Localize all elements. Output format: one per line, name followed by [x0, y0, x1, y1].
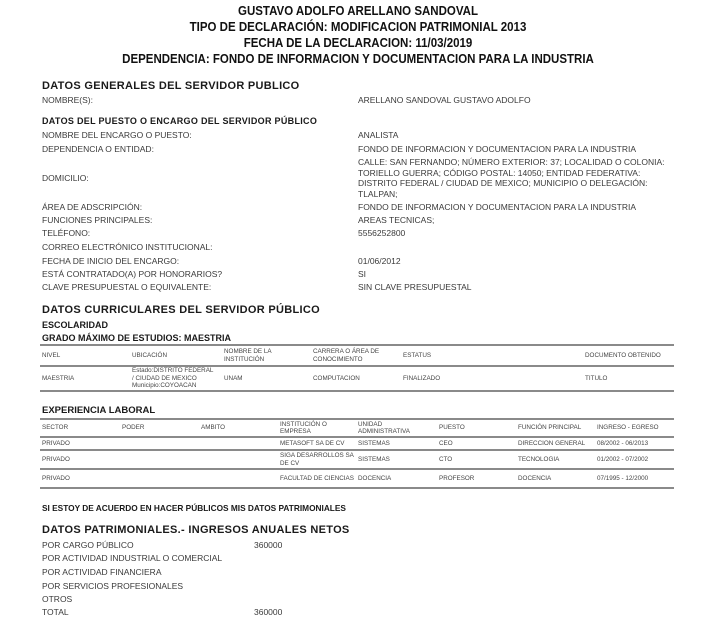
- declaration-date: FECHA DE LA DECLARACION: 11/03/2019: [29, 35, 688, 51]
- cell: [120, 450, 199, 469]
- cell: [120, 469, 199, 488]
- subsection-escolaridad: ESCOLARIDAD: [42, 320, 108, 330]
- field-correo: CORREO ELECTRÓNICO INSTITUCIONAL:: [42, 242, 682, 254]
- cell: 07/1995 - 12/2000: [595, 469, 674, 488]
- income-label: POR CARGO PÚBLICO: [42, 540, 134, 550]
- col-header: INGRESO - EGRESO: [595, 419, 674, 437]
- col-header: DOCUMENTO OBTENIDO: [583, 345, 674, 366]
- col-header: NOMBRE DE LA INSTITUCIÓN: [222, 345, 311, 366]
- col-header: PODER: [120, 419, 199, 437]
- cell: [199, 437, 278, 450]
- income-label: TOTAL: [42, 607, 69, 617]
- ingreso-actividad-industrial: POR ACTIVIDAD INDUSTRIAL O COMERCIAL: [42, 553, 682, 565]
- table-row: PRIVADO METASOFT SA DE CV SISTEMAS CEO D…: [40, 437, 674, 450]
- cell: 01/2002 - 07/2002: [595, 450, 674, 469]
- grado-maximo: GRADO MÁXIMO DE ESTUDIOS: MAESTRIA: [42, 333, 231, 343]
- cell: FACULTAD DE CIENCIAS: [278, 469, 356, 488]
- cell: SISTEMAS: [356, 450, 437, 469]
- section-title-curriculares: DATOS CURRICULARES DEL SERVIDOR PÚBLICO: [42, 304, 320, 316]
- declaration-dependency: DEPENDENCIA: FONDO DE INFORMACION Y DOCU…: [29, 51, 688, 67]
- field-value: AREAS TECNICAS;: [358, 215, 678, 226]
- field-nombre: NOMBRE(S): ARELLANO SANDOVAL GUSTAVO ADO…: [42, 95, 682, 107]
- field-label: FECHA DE INICIO DEL ENCARGO:: [42, 256, 179, 266]
- field-value: SI: [358, 269, 678, 280]
- field-label: NOMBRE(S):: [42, 95, 93, 105]
- section-title-experiencia: EXPERIENCIA LABORAL: [42, 405, 155, 416]
- field-dependencia: DEPENDENCIA O ENTIDAD: FONDO DE INFORMAC…: [42, 144, 682, 156]
- cell: PRIVADO: [40, 437, 120, 450]
- experiencia-table: SECTOR PODER AMBITO INSTITUCIÓN O EMPRES…: [40, 418, 674, 489]
- field-label: NOMBRE DEL ENCARGO O PUESTO:: [42, 130, 192, 140]
- cell: PROFESOR: [437, 469, 516, 488]
- field-value: 01/06/2012: [358, 256, 678, 267]
- field-label: CORREO ELECTRÓNICO INSTITUCIONAL:: [42, 242, 213, 252]
- col-header: PUESTO: [437, 419, 516, 437]
- ingreso-otros: OTROS: [42, 594, 682, 606]
- consent-statement: SI ESTOY DE ACUERDO EN HACER PÚBLICOS MI…: [42, 503, 346, 513]
- field-area-adscripcion: ÁREA DE ADSCRIPCIÓN: FONDO DE INFORMACIO…: [42, 202, 682, 214]
- field-funciones: FUNCIONES PRINCIPALES: AREAS TECNICAS;: [42, 215, 682, 227]
- income-label: POR ACTIVIDAD INDUSTRIAL O COMERCIAL: [42, 553, 222, 563]
- field-label: TELÉFONO:: [42, 228, 90, 238]
- table-row: PRIVADO FACULTAD DE CIENCIAS DOCENCIA PR…: [40, 469, 674, 488]
- col-header: AMBITO: [199, 419, 278, 437]
- cell: PRIVADO: [40, 469, 120, 488]
- cell: FINALIZADO: [401, 366, 583, 391]
- field-clave-presupuestal: CLAVE PRESUPUESTAL O EQUIVALENTE: SIN CL…: [42, 282, 682, 294]
- ingreso-servicios-profesionales: POR SERVICIOS PROFESIONALES: [42, 581, 682, 593]
- income-label: OTROS: [42, 594, 72, 604]
- field-value: FONDO DE INFORMACION Y DOCUMENTACION PAR…: [358, 144, 678, 155]
- cell: SISTEMAS: [356, 437, 437, 450]
- col-header: CARRERA O ÁREA DE CONOCIMIENTO: [311, 345, 401, 366]
- cell: SIGA DESARROLLOS SA DE CV: [278, 450, 356, 469]
- income-label: POR ACTIVIDAD FINANCIERA: [42, 567, 162, 577]
- field-encargo: NOMBRE DEL ENCARGO O PUESTO: ANALISTA: [42, 130, 682, 142]
- cell: METASOFT SA DE CV: [278, 437, 356, 450]
- cell: COMPUTACION: [311, 366, 401, 391]
- escolaridad-table: NIVEL UBICACIÓN NOMBRE DE LA INSTITUCIÓN…: [40, 344, 674, 392]
- field-value: ARELLANO SANDOVAL GUSTAVO ADOLFO: [358, 95, 678, 106]
- section-title-puesto: DATOS DEL PUESTO O ENCARGO DEL SERVIDOR …: [42, 116, 317, 126]
- income-label: POR SERVICIOS PROFESIONALES: [42, 581, 183, 591]
- cell: DOCENCIA: [516, 469, 595, 488]
- col-header: UBICACIÓN: [130, 345, 222, 366]
- col-header: ESTATUS: [401, 345, 583, 366]
- section-title-patrimoniales: DATOS PATRIMONIALES.- INGRESOS ANUALES N…: [42, 524, 350, 536]
- field-label: DEPENDENCIA O ENTIDAD:: [42, 144, 154, 154]
- field-label: FUNCIONES PRINCIPALES:: [42, 215, 152, 225]
- table-row: PRIVADO SIGA DESARROLLOS SA DE CV SISTEM…: [40, 450, 674, 469]
- cell: MAESTRIA: [40, 366, 130, 391]
- field-label: ESTÁ CONTRATADO(A) POR HONORARIOS?: [42, 269, 222, 279]
- cell: TITULO: [583, 366, 674, 391]
- table-header-row: SECTOR PODER AMBITO INSTITUCIÓN O EMPRES…: [40, 419, 674, 437]
- field-telefono: TELÉFONO: 5556252800: [42, 228, 682, 240]
- ingreso-actividad-financiera: POR ACTIVIDAD FINANCIERA: [42, 567, 682, 579]
- field-honorarios: ESTÁ CONTRATADO(A) POR HONORARIOS? SI: [42, 269, 682, 281]
- col-header: INSTITUCIÓN O EMPRESA: [278, 419, 356, 437]
- col-header: UNIDAD ADMINISTRATIVA: [356, 419, 437, 437]
- field-label: DOMICILIO:: [42, 173, 89, 183]
- table-row: MAESTRIA Estado:DISTRITO FEDERAL / CIUDA…: [40, 366, 674, 391]
- field-fecha-inicio: FECHA DE INICIO DEL ENCARGO: 01/06/2012: [42, 256, 682, 268]
- cell: [199, 469, 278, 488]
- field-label: CLAVE PRESUPUESTAL O EQUIVALENTE:: [42, 282, 211, 292]
- col-header: NIVEL: [40, 345, 130, 366]
- field-value: 5556252800: [358, 228, 678, 239]
- cell: TECNOLOGIA: [516, 450, 595, 469]
- field-value: CALLE: SAN FERNANDO; NÚMERO EXTERIOR: 37…: [358, 157, 668, 199]
- cell: DOCENCIA: [356, 469, 437, 488]
- cell: Estado:DISTRITO FEDERAL / CIUDAD DE MEXI…: [130, 366, 222, 391]
- table-header-row: NIVEL UBICACIÓN NOMBRE DE LA INSTITUCIÓN…: [40, 345, 674, 366]
- income-value: 360000: [254, 607, 574, 618]
- cell: CEO: [437, 437, 516, 450]
- field-value: ANALISTA: [358, 130, 678, 141]
- field-domicilio: DOMICILIO: CALLE: SAN FERNANDO; NÚMERO E…: [42, 157, 682, 169]
- declaration-type: TIPO DE DECLARACIÓN: MODIFICACION PATRIM…: [29, 19, 688, 35]
- ingreso-total: TOTAL 360000: [42, 607, 682, 619]
- section-title-datos-generales: DATOS GENERALES DEL SERVIDOR PUBLICO: [42, 80, 300, 92]
- field-value: SIN CLAVE PRESUPUESTAL: [358, 282, 678, 293]
- cell: [120, 437, 199, 450]
- ingreso-cargo-publico: POR CARGO PÚBLICO 360000: [42, 540, 682, 552]
- field-value: FONDO DE INFORMACION Y DOCUMENTACION PAR…: [358, 202, 678, 213]
- cell: 08/2002 - 06/2013: [595, 437, 674, 450]
- col-header: SECTOR: [40, 419, 120, 437]
- cell: UNAM: [222, 366, 311, 391]
- cell: CTO: [437, 450, 516, 469]
- col-header: FUNCIÓN PRINCIPAL: [516, 419, 595, 437]
- cell: DIRECCION GENERAL: [516, 437, 595, 450]
- cell: PRIVADO: [40, 450, 120, 469]
- field-label: ÁREA DE ADSCRIPCIÓN:: [42, 202, 142, 212]
- declarant-name: GUSTAVO ADOLFO ARELLANO SANDOVAL: [29, 3, 688, 19]
- document-header: GUSTAVO ADOLFO ARELLANO SANDOVAL TIPO DE…: [0, 3, 716, 67]
- cell: [199, 450, 278, 469]
- income-value: 360000: [254, 540, 574, 551]
